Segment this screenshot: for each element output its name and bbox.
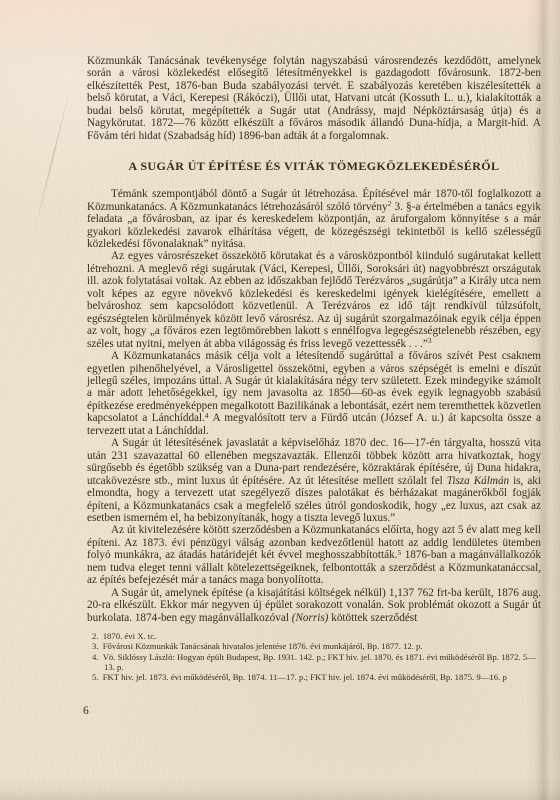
page-spine-shadow xyxy=(526,0,560,800)
body-paragraph: A Közmunkatanács másik célja volt a léte… xyxy=(87,350,541,437)
text-run: kötöttek szerződést xyxy=(328,612,417,624)
emphasized-text: (Norris) xyxy=(292,612,329,624)
body-paragraph: Az út kivitelezésére kötött szerződésben… xyxy=(87,524,541,586)
paper-scratch xyxy=(34,86,71,232)
section-heading: A SUGÁR ÚT ÉPÍTÉSE ÉS VITÁK TÖMEGKÖZLEKE… xyxy=(87,159,541,173)
footnote-reference: 3 xyxy=(428,336,432,345)
footnote-number: 4. xyxy=(92,652,103,662)
scanned-book-page: Közmunkák Tanácsának tevékenysége folytá… xyxy=(0,0,560,800)
body-paragraph: Az egyes városrészeket összekötő körutak… xyxy=(87,250,541,350)
footnote-text: FKT hiv. jel. 1873. évi működéséről, Bp.… xyxy=(103,672,507,682)
footnote-number: 3. xyxy=(92,641,103,651)
text-column: Közmunkák Tanácsának tevékenysége folytá… xyxy=(87,55,541,683)
text-run: Közmunkák Tanácsának tevékenysége folytá… xyxy=(87,55,541,142)
footnote-text: Fővárosi Közmunkák Tanácsának hivatalos … xyxy=(103,641,423,651)
emphasized-text: Tisza Kálmán xyxy=(447,475,509,487)
footnotes: 2. 1870. évi X. tc.3. Fővárosi Közmunkák… xyxy=(87,631,541,682)
footnote-text: Vö. Siklóssy László: Hogyan épült Budape… xyxy=(103,652,536,672)
footnote-number: 5. xyxy=(92,672,103,682)
footnote-text: 1870. évi X. tc. xyxy=(103,631,157,641)
body-paragraph: A Sugár út, amelynek építése (a kisajátí… xyxy=(87,587,541,624)
footnote-reference: 2 xyxy=(388,199,392,208)
body-paragraph: Témánk szempontjából döntő a Sugár út lé… xyxy=(87,188,541,250)
footnote-item: 4. Vö. Siklóssy László: Hogyan épült Bud… xyxy=(92,652,541,673)
footnote-reference: 5 xyxy=(397,548,401,557)
body-paragraphs: Témánk szempontjából döntő a Sugár út lé… xyxy=(87,188,541,624)
footnote-item: 3. Fővárosi Közmunkák Tanácsának hivatal… xyxy=(92,641,541,651)
text-run: Az egyes városrészeket összekötő körutak… xyxy=(87,250,541,349)
body-paragraph: A Sugár út létesítésének javaslatát a ké… xyxy=(87,437,541,524)
footnote-reference: 4 xyxy=(205,411,209,420)
footnote-item: 5. FKT hiv. jel. 1873. évi működéséről, … xyxy=(92,672,541,682)
footnote-item: 2. 1870. évi X. tc. xyxy=(92,631,541,641)
intro-paragraph: Közmunkák Tanácsának tevékenysége folytá… xyxy=(87,55,541,142)
page-number: 6 xyxy=(83,705,89,717)
footnote-number: 2. xyxy=(92,631,103,641)
